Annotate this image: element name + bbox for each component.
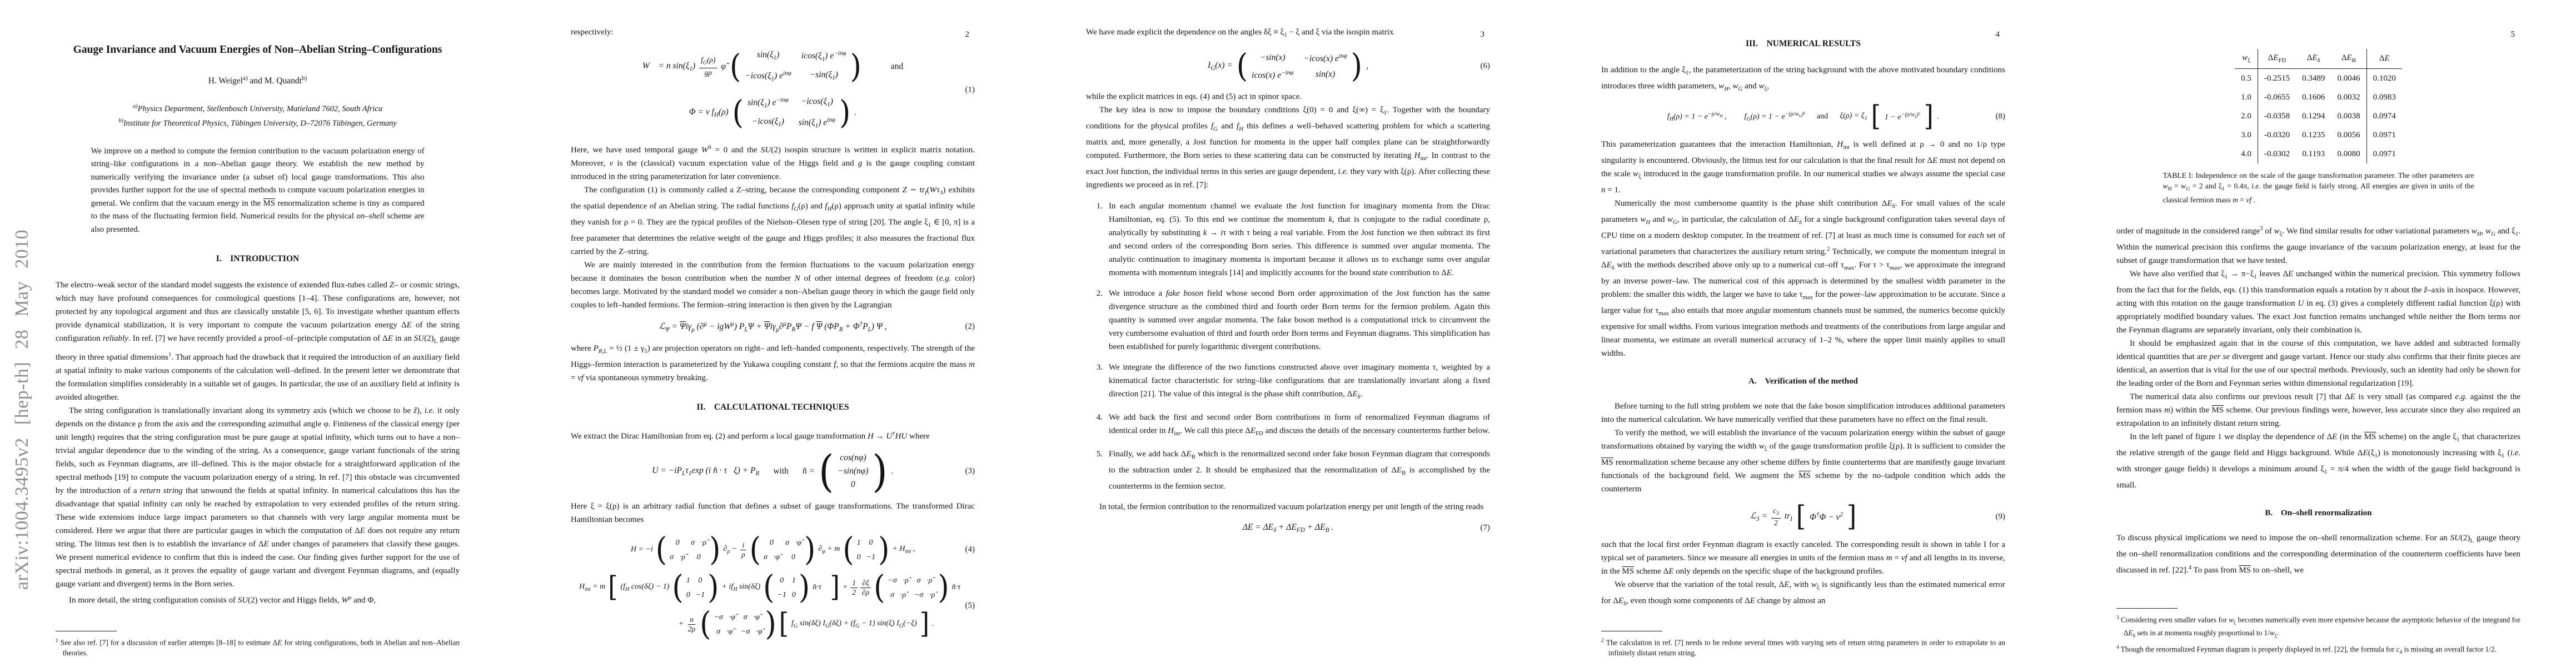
page-number: 2	[965, 30, 970, 39]
equation-3: U = −iPLτ1exp (i n̂ · τ⃗ξ) + PR with n̂ …	[571, 452, 975, 491]
equation-7: ΔE = ΔEδ + ΔEFD + ΔEB . (7)	[1086, 522, 1490, 534]
section-heading-calculational-techniques: II. CALCULATIONAL TECHNIQUES	[571, 402, 975, 412]
right-paren: )	[804, 534, 815, 566]
matrix: ( 01 −10 )	[763, 573, 810, 602]
paragraph: Here ξ = ξ(ρ) is an arbitrary radial fun…	[571, 500, 975, 526]
paragraph: To discuss physical implications we need…	[2116, 531, 2520, 577]
footnote-3: 3 Considering even smaller values for wξ…	[2116, 613, 2520, 642]
eq2-body: ℒΨ = Ψiγμ (∂μ − igWμ) PLΨ + Ψiγμ∂μPRΨ − …	[659, 321, 887, 333]
page-1: arXiv:1004.3495v2 [hep-th] 28 May 2010 G…	[0, 0, 515, 667]
equation-number: (9)	[1996, 512, 2006, 522]
paragraph: The electro–weak sector of the standard …	[56, 278, 460, 404]
paragraph: respectively:	[571, 26, 975, 39]
left-bracket: [	[1796, 503, 1806, 531]
list-number: 3.	[1086, 361, 1103, 404]
word-and: and	[1817, 112, 1828, 121]
equation-number: (6)	[1481, 61, 1491, 71]
word-with: with	[773, 466, 789, 476]
paragraph: Before turning to the full string proble…	[1601, 400, 2005, 426]
table-row: 2.0 -0.0358 0.1294 0.0038 0.0974	[2235, 107, 2402, 126]
table-header-cell: ΔEFD	[2258, 49, 2296, 69]
column-vector: ( cos(nφ) −sin(nφ) 0 )	[819, 452, 888, 491]
arxiv-watermark: arXiv:1004.3495v2 [hep-th] 28 May 2010	[12, 160, 33, 660]
left-bracket: [	[779, 610, 789, 639]
equation-5: Hint = m [ (fH cos(δξ) − 1) ( 10 0−1 ) +…	[571, 573, 975, 639]
page-4: 4 III. NUMERICAL RESULTS In addition to …	[1546, 0, 2061, 667]
paper-title: Gauge Invariance and Vacuum Energies of …	[61, 42, 454, 57]
section-heading-introduction: I. INTRODUCTION	[56, 254, 460, 264]
equation-number: (3)	[965, 467, 975, 476]
affiliations: a)Physics Department, Stellenbosch Unive…	[56, 101, 460, 130]
left-paren: (	[750, 534, 761, 566]
paragraph: while the explicit matrices in eqs. (4) …	[1086, 90, 1490, 103]
footnote-rule	[2116, 608, 2178, 609]
right-bracket: ]	[1924, 103, 1934, 131]
list-number: 4.	[1086, 411, 1103, 440]
equation-number: (8)	[1996, 112, 2006, 122]
right-paren: )	[873, 450, 888, 493]
equation-number: (5)	[965, 601, 975, 611]
equation-6: IG(x) = ( −sin(x)−icos(x) einφ icos(x) e…	[1086, 51, 1490, 81]
paragraph: To verify the method, we will establish …	[1601, 426, 2005, 496]
footnote-1: 1 See also ref. [7] for a discussion of …	[56, 636, 460, 658]
word-and: and	[891, 62, 903, 72]
right-paren: )	[839, 97, 850, 129]
matrix: ( 0σ⃗·ρ̂ σ⃗·ρ̂0 )	[656, 535, 721, 564]
right-paren: )	[1351, 50, 1362, 82]
right-paren: )	[850, 51, 861, 83]
fraction: 12	[850, 579, 858, 597]
equation-number: (2)	[965, 322, 975, 332]
footnote-block: 3 Considering even smaller values for wξ…	[2116, 608, 2520, 659]
fraction: n2ρ	[686, 615, 697, 634]
paragraph: We have made explicit the dependence on …	[1086, 26, 1490, 42]
right-paren: )	[765, 608, 776, 640]
paragraph: It should be emphasized again that in th…	[2116, 337, 2520, 390]
page-2: 2 respectively: W⃗ = n sin(ξ1) fG(ρ)gρ φ…	[515, 0, 1030, 667]
right-paren: )	[938, 571, 949, 604]
left-paren: (	[730, 51, 741, 83]
eq1-lhs: W⃗ = n sin(ξ1)	[642, 61, 695, 72]
paragraph: Here, we have used temporal gauge W0 = 0…	[571, 141, 975, 183]
equation-8: fH(ρ) = 1 − e−ρ/wH , fG(ρ) = 1 − e−(ρ/wG…	[1601, 104, 2005, 129]
abstract: We improve on a method to compute the fe…	[91, 145, 425, 237]
paragraph: such that the local first order Feynman …	[1601, 538, 2005, 578]
left-paren: (	[874, 571, 885, 604]
table-header-cell: wξ	[2235, 49, 2258, 69]
equation-4: H = −i ( 0σ⃗·ρ̂ σ⃗·ρ̂0 ) ∂ρ − iρ ( 0σ⃗·φ…	[571, 535, 975, 564]
eq3-nhat: n̂ =	[803, 466, 815, 476]
paragraph: order of magnitude in the considered ran…	[2116, 222, 2520, 267]
table-header-row: wξ ΔEFD ΔEδ ΔEB ΔE	[2235, 49, 2402, 69]
list-item-4: 4. We add back the first and second orde…	[1086, 411, 1490, 440]
page-3: 3 We have made explicit the dependence o…	[1030, 0, 1546, 667]
period: .	[1937, 112, 1940, 121]
comma: ,	[1366, 61, 1368, 71]
page-number: 4	[1996, 30, 2000, 39]
footnote-2: 2 The calculation in ref. [7] needs to b…	[1601, 636, 2005, 658]
right-bracket: ]	[920, 610, 929, 639]
page-5: 5 wξ ΔEFD ΔEδ ΔEB ΔE 0.5 -0.2515 0.3489 …	[2061, 0, 2576, 667]
paragraph: In total, the fermion contribution to th…	[1086, 500, 1490, 514]
list-number: 5.	[1086, 447, 1103, 493]
table-row: 3.0 -0.0320 0.1235 0.0056 0.0971	[2235, 126, 2402, 145]
table-header-cell: ΔE	[2366, 49, 2402, 69]
table-header-cell: ΔEB	[2331, 49, 2366, 69]
left-paren: (	[763, 571, 774, 604]
left-paren: (	[843, 534, 854, 566]
equation-2: ℒΨ = Ψiγμ (∂μ − igWμ) PLΨ + Ψiγμ∂μPRΨ − …	[571, 321, 975, 333]
table-row: 0.5 -0.2515 0.3489 0.0046 0.1020	[2235, 69, 2402, 88]
table-row: 4.0 -0.0302 0.1193 0.0080 0.0971	[2235, 145, 2402, 163]
paragraph: This parameterization guarantees that th…	[1601, 138, 2005, 197]
paragraph: We extract the Dirac Hamiltonian from eq…	[571, 427, 975, 443]
matrix: ( −σ⃗·ρ̂σ⃗·ρ̂ σ⃗·ρ̂−σ⃗·ρ̂ )	[874, 573, 949, 602]
affiliation-b: b)Institute for Theoretical Physics, Tüb…	[56, 115, 460, 130]
footnote-block: 2 The calculation in ref. [7] needs to b…	[1601, 631, 2005, 659]
right-bracket: ]	[1847, 503, 1856, 531]
matrix: ( sin(ξ1)icos(ξ1) e−inφ −icos(ξ1) einφ−s…	[730, 48, 861, 86]
list-item-5: 5. Finally, we add back ΔEB which is the…	[1086, 447, 1490, 493]
authors: H. Weigela) and M. Quandtb)	[56, 75, 460, 86]
right-bracket: ]	[830, 574, 840, 602]
footnote-rule	[56, 631, 117, 631]
eq1-phi-hat: φ̂	[721, 62, 726, 72]
paragraph: The numerical data also confirms our pre…	[2116, 390, 2520, 430]
subsection-heading-verification: A. Verification of the method	[1601, 377, 2005, 386]
matrix: ( sin(ξ1) e−inφ−icos(ξ1) −icos(ξ1)sin(ξ1…	[733, 94, 851, 132]
table-caption: TABLE I: Independence on the scale of th…	[2163, 170, 2474, 205]
left-bracket: [	[608, 574, 617, 602]
fraction: fG(ρ)gρ	[699, 56, 717, 77]
list-item-3: 3. We integrate the difference of the tw…	[1086, 361, 1490, 404]
matrix: ( −sin(x)−icos(x) einφ icos(x) e−inφsin(…	[1237, 51, 1362, 81]
section-heading-numerical-results: III. NUMERICAL RESULTS	[1601, 39, 2005, 49]
equation-number: (1)	[965, 85, 975, 94]
paragraph: In addition to the angle ξ1, the paramet…	[1601, 63, 2005, 96]
paragraph: where PR,L = ½ (1 ± γ5) are projection o…	[571, 342, 975, 385]
affiliation-a: a)Physics Department, Stellenbosch Unive…	[56, 101, 460, 115]
left-bracket: [	[1871, 103, 1881, 131]
paragraph: The string configuration is translationa…	[56, 404, 460, 591]
paragraph: In the left panel of figure 1 we display…	[2116, 430, 2520, 492]
matrix: ( 10 0−1 )	[843, 535, 889, 564]
paper-spread: arXiv:1004.3495v2 [hep-th] 28 May 2010 G…	[0, 0, 2576, 667]
list-item-2: 2. We introduce a fake boson field whose…	[1086, 287, 1490, 354]
left-paren: (	[672, 571, 683, 604]
equation-number: (7)	[1481, 524, 1491, 533]
paragraph: We are mainly interested in the contribu…	[571, 258, 975, 312]
left-paren: (	[700, 608, 711, 640]
procedure-list: 1. In each angular momentum channel we e…	[1086, 200, 1490, 493]
period: .	[932, 620, 934, 629]
equation-1: W⃗ = n sin(ξ1) fG(ρ)gρ φ̂ ( sin(ξ1)icos(…	[571, 48, 975, 132]
matrix: ( −σ⃗·φ̂σ⃗·φ̂ σ⃗·φ̂−σ⃗·φ̂ )	[700, 610, 776, 639]
fraction: iρ	[740, 541, 746, 559]
subsection-heading-on-shell: B. On–shell renormalization	[2116, 509, 2520, 518]
page-number: 3	[1481, 30, 1485, 39]
list-number: 1.	[1086, 200, 1103, 280]
left-paren: (	[733, 97, 744, 129]
page-number: 5	[2511, 30, 2515, 39]
equation-9: ℒ3 = c32 trI [ Φ†Φ − v2 ] (9)	[1601, 505, 2005, 529]
right-paren: )	[709, 534, 720, 566]
paragraph: Numerically the most cumbersome quantity…	[1601, 197, 2005, 360]
period: .	[891, 466, 894, 476]
table-1: wξ ΔEFD ΔEδ ΔEB ΔE 0.5 -0.2515 0.3489 0.…	[2235, 49, 2402, 163]
paragraph: We have also verified that ξ1 → π−ξ1 lea…	[2116, 267, 2520, 337]
right-paren: )	[707, 571, 719, 604]
footnote-4: 4 Though the renormalized Feynman diagra…	[2116, 643, 2520, 658]
right-paren: )	[799, 571, 810, 604]
table-header-cell: ΔEδ	[2296, 49, 2331, 69]
eq1-lhs2: Φ = v fH(ρ)	[689, 107, 729, 118]
paragraph: The key idea is now to impose the bounda…	[1086, 103, 1490, 192]
equation-number: (4)	[965, 545, 975, 555]
left-paren: (	[819, 450, 834, 493]
fraction: ∂ξ∂ρ	[860, 579, 871, 597]
left-paren: (	[656, 534, 667, 566]
paragraph: We observe that the variation of the tot…	[1601, 578, 2005, 610]
eq3-lhs: U = −iPLτ1exp (i n̂ · τ⃗ξ) + PR	[652, 466, 759, 477]
list-number: 2.	[1086, 287, 1103, 354]
table-row: 1.0 -0.0655 0.1606 0.0032 0.0983	[2235, 88, 2402, 107]
footnote-rule	[1601, 631, 1662, 631]
right-paren: )	[878, 534, 889, 566]
matrix: ( 10 0−1 )	[672, 573, 719, 602]
footnote-block: 1 See also ref. [7] for a discussion of …	[56, 631, 460, 659]
paragraph: The configuration (1) is commonly called…	[571, 183, 975, 258]
list-item-1: 1. In each angular momentum channel we e…	[1086, 200, 1490, 280]
period: .	[854, 108, 856, 118]
paragraph: In more detail, the string configuration…	[56, 591, 460, 607]
fraction: c32	[1771, 506, 1781, 528]
left-paren: (	[1237, 50, 1248, 82]
matrix: ( 0σ⃗·φ̂ σ⃗·φ̂0 )	[750, 535, 816, 564]
